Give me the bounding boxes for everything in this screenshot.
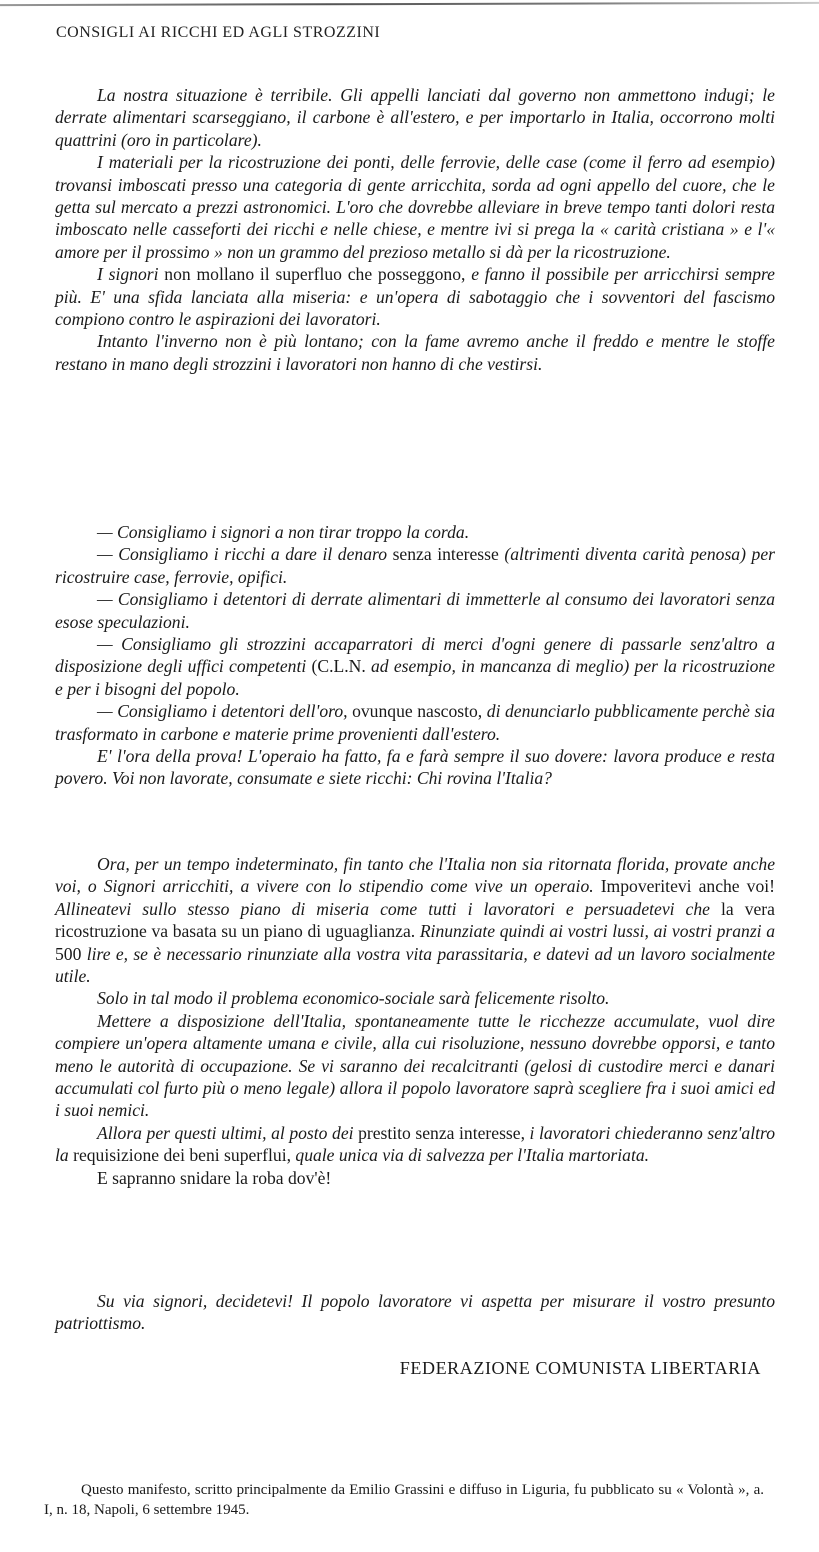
footnote-text: Questo manifesto, scritto principalmente… [44,1480,764,1520]
text-span: Rinunziate quindi ai vostri lussi, ai vo… [420,921,775,941]
paragraph: Solo in tal modo il problema economico-s… [55,987,775,1009]
section-impoverish: Ora, per un tempo indeterminato, fin tan… [55,853,775,1189]
paragraph: I signori non mollano il superfluo che p… [55,263,775,330]
advice-item: — Consigliamo i detentori dell'oro, ovun… [55,700,775,745]
text-span: prestito senza interesse, [354,1123,530,1143]
advice-item: — Consigliamo i signori a non tirar trop… [55,521,775,543]
text-span: I signori [97,264,159,284]
top-rule [0,2,819,6]
paragraph: E' l'ora della prova! L'operaio ha fatto… [55,745,775,790]
section-appeal: Su via signori, decidetevi! Il popolo la… [55,1290,775,1335]
signature: FEDERAZIONE COMUNISTA LIBERTARIA [400,1358,761,1379]
text-span: lire e, se è necessario rinunziate alla … [55,944,775,986]
text-span: senza interesse [387,544,504,564]
text-span: — Consigliamo i ricchi a dare il denaro [97,544,387,564]
text-span: Impoveritevi anche voi! [594,876,775,896]
paragraph: Mettere a disposizione dell'Italia, spon… [55,1010,775,1122]
paragraph: E sapranno snidare la roba dov'è! [55,1167,775,1189]
paragraph: Ora, per un tempo indeterminato, fin tan… [55,853,775,987]
text-span: (C.L.N. [306,656,371,676]
text-span: — Consigliamo i detentori dell'oro, [97,701,348,721]
text-span: — Consigliamo i signori a non tirar trop… [97,522,469,542]
running-title: CONSIGLI AI RICCHI ED AGLI STROZZINI [56,24,380,42]
text-span: — Consigliamo i detentori di derrate ali… [55,589,775,631]
text-span: requisizione dei beni superflui, [69,1145,296,1165]
paragraph: Su via signori, decidetevi! Il popolo la… [55,1290,775,1335]
text-span: non mollano il superfluo che posseggono, [159,264,472,284]
footnote: Questo manifesto, scritto principalmente… [44,1480,764,1520]
text-span: 500 [55,944,87,964]
text-span: Allora per questi ultimi, al posto dei [97,1123,354,1143]
paragraph: I materiali per la ricostruzione dei pon… [55,151,775,263]
text-span: quale unica via di salvezza per l'Italia… [295,1145,649,1165]
paragraph: Intanto l'inverno non è più lontano; con… [55,330,775,375]
advice-item: — Consigliamo gli strozzini accaparrator… [55,633,775,700]
section-advice: — Consigliamo i signori a non tirar trop… [55,521,775,790]
text-span: Allineatevi sullo stesso piano di miseri… [55,899,710,919]
paragraph: Allora per questi ultimi, al posto dei p… [55,1122,775,1167]
text-span: ovunque nascosto, [348,701,487,721]
advice-item: — Consigliamo i detentori di derrate ali… [55,588,775,633]
advice-item: — Consigliamo i ricchi a dare il denaro … [55,543,775,588]
section-situation: La nostra situazione è terribile. Gli ap… [55,84,775,375]
paragraph: La nostra situazione è terribile. Gli ap… [55,84,775,151]
